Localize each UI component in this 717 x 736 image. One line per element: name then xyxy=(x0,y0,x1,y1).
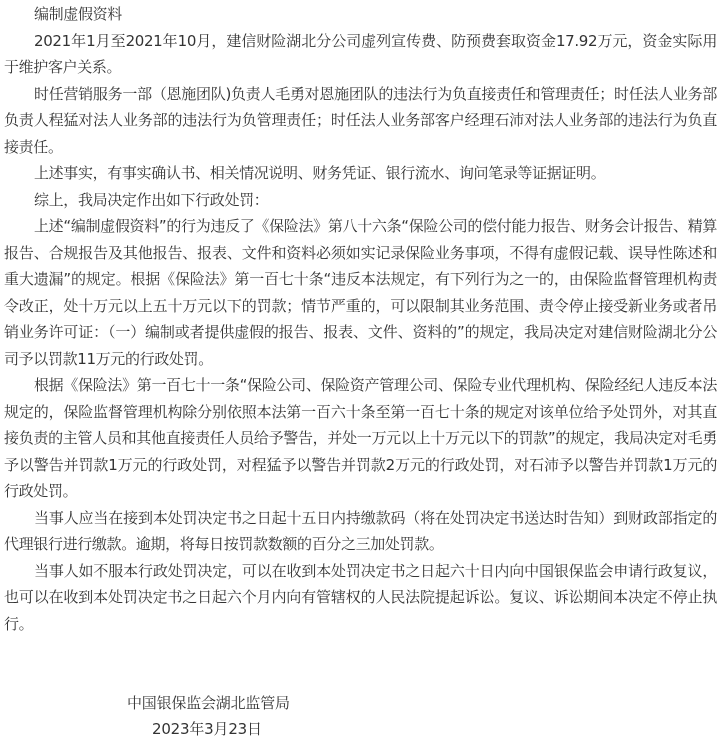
paragraph-evidence: 上述事实，有事实确认书、相关情况说明、财务凭证、银行流水、询问笔录等证据证明。 xyxy=(4,160,717,187)
penalty-decision-document: 编制虚假资料 2021年1月至2021年10月，建信财险湖北分公司虚列宣传费、防… xyxy=(0,0,717,637)
paragraph-violation-facts: 2021年1月至2021年10月，建信财险湖北分公司虚列宣传费、防预费套取资金1… xyxy=(4,28,717,81)
paragraph-individual-penalties: 根据《保险法》第一百七十一条“保险公司、保险资产管理公司、保险专业代理机构、保险… xyxy=(4,372,717,505)
section-heading-fabricated-materials: 编制虚假资料 xyxy=(4,0,717,28)
paragraph-responsible-persons: 时任营销服务一部（恩施团队)负责人毛勇对恩施团队的违法行为负直接责任和管理责任；… xyxy=(4,81,717,161)
paragraph-appeal-rights: 当事人如不服本行政处罚决定，可以在收到本处罚决定书之日起六十日内向中国银保监会申… xyxy=(4,558,717,638)
issue-date: 2023年3月23日 xyxy=(0,716,717,736)
paragraph-decision-intro: 综上，我局决定作出如下行政处罚： xyxy=(4,187,717,214)
paragraph-company-penalty: 上述“编制虚假资料”的行为违反了《保险法》第八十六条“保险公司的偿付能力报告、财… xyxy=(4,213,717,372)
signature-block: 中国银保监会湖北监管局 2023年3月23日 xyxy=(0,690,717,736)
issuing-organization: 中国银保监会湖北监管局 xyxy=(0,690,717,716)
paragraph-payment-instructions: 当事人应当在接到本处罚决定书之日起十五日内持缴款码（将在处罚决定书送达时告知）到… xyxy=(4,505,717,558)
